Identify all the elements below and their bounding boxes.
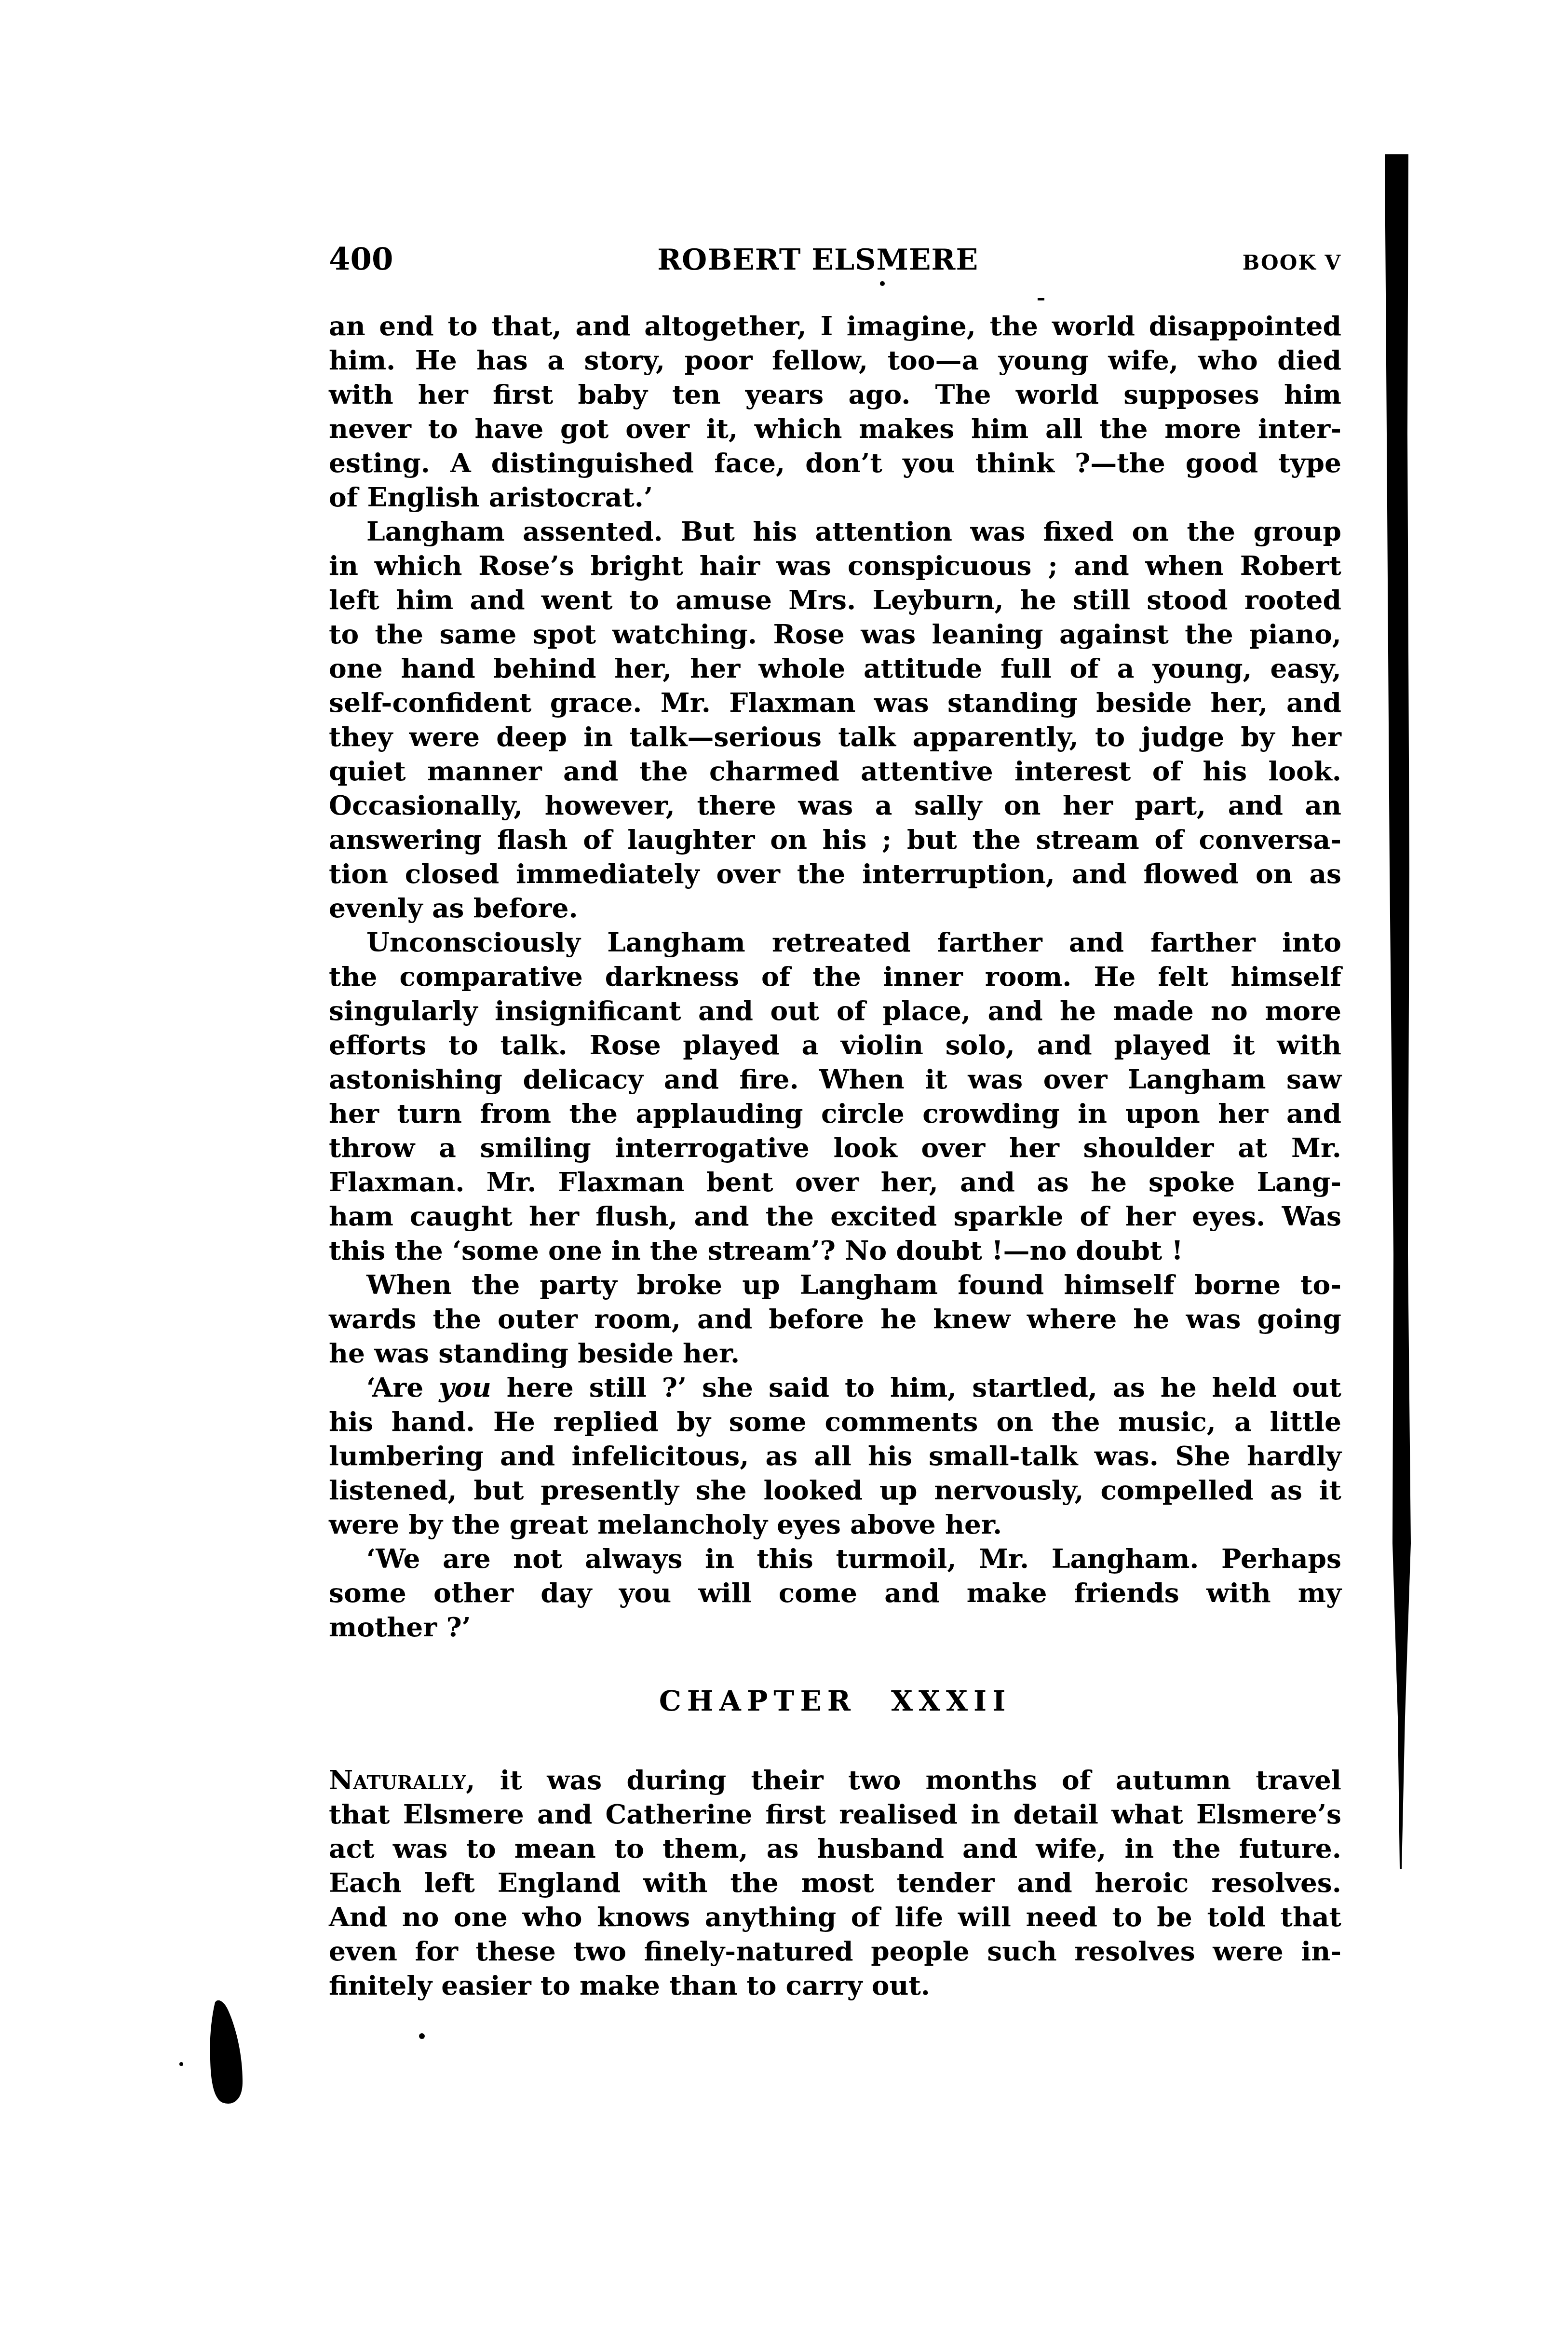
text-line: her turn from the applauding circle crow… — [329, 1096, 1341, 1130]
text-line: even for these two finely-natured people… — [329, 1934, 1341, 1968]
text-line: mother ?’ — [329, 1610, 1341, 1644]
chapter-text: Naturally, it was during their two month… — [329, 1763, 1341, 2002]
page-number: 400 — [329, 241, 393, 277]
text-line: ‘We are not always in this turmoil, Mr. … — [329, 1541, 1341, 1576]
text-line: that Elsmere and Catherine first realise… — [329, 1797, 1341, 1831]
text-line: lumbering and infelicitous, as all his s… — [329, 1439, 1341, 1473]
text-line: of English aristocrat.’ — [329, 480, 1341, 514]
running-title: ROBERT ELSMERE — [657, 243, 978, 277]
text-line: ‘Are you here still ?’ she said to him, … — [329, 1370, 1341, 1404]
paragraph: an end to that, and altogether, I imagin… — [329, 309, 1341, 514]
text-line: with her first baby ten years ago. The w… — [329, 377, 1341, 411]
paragraph: When the party broke up Langham found hi… — [329, 1267, 1341, 1370]
text-line: Each left England with the most tender a… — [329, 1865, 1341, 1900]
text-line: finitely easier to make than to carry ou… — [329, 1968, 1341, 2002]
text-line: And no one who knows anything of life wi… — [329, 1900, 1341, 1934]
text-line: esting. A distinguished face, don’t you … — [329, 446, 1341, 480]
page-edge-shadow-line — [1385, 154, 1411, 1869]
text-line: in which Rose’s bright hair was conspicu… — [329, 548, 1341, 583]
text-line: one hand behind her, her whole attitude … — [329, 651, 1341, 685]
text-line: Occasionally, however, there was a sally… — [329, 788, 1341, 822]
text-line: self-confident grace. Mr. Flaxman was st… — [329, 685, 1341, 720]
text-line: the comparative darkness of the inner ro… — [329, 959, 1341, 993]
text-line: Unconsciously Langham retreated farther … — [329, 925, 1341, 959]
text-line: throw a smiling interrogative look over … — [329, 1130, 1341, 1165]
chapter-heading: CHAPTER XXXII — [329, 1684, 1341, 1718]
text-line: When the party broke up Langham found hi… — [329, 1267, 1341, 1302]
text-line: act was to mean to them, as husband and … — [329, 1831, 1341, 1865]
text-line: wards the outer room, and before he knew… — [329, 1302, 1341, 1336]
text-line: left him and went to amuse Mrs. Leyburn,… — [329, 583, 1341, 617]
text-line: Flaxman. Mr. Flaxman bent over her, and … — [329, 1165, 1341, 1199]
text-line: were by the great melancholy eyes above … — [329, 1507, 1341, 1541]
scan-speck — [1038, 298, 1044, 300]
text-line: singularly insignificant and out of plac… — [329, 993, 1341, 1028]
text-line: he was standing beside her. — [329, 1336, 1341, 1370]
text-line: an end to that, and altogether, I imagin… — [329, 309, 1341, 343]
text-line: evenly as before. — [329, 891, 1341, 925]
text-line: this the ‘some one in the stream’? No do… — [329, 1233, 1341, 1267]
scan-speck — [179, 2062, 183, 2066]
text-line: him. He has a story, poor fellow, too—a … — [329, 343, 1341, 377]
page-header: 400 ROBERT ELSMERE BOOK V — [329, 241, 1341, 277]
ink-smudge — [210, 2000, 243, 2104]
text-line: ham caught her flush, and the excited sp… — [329, 1199, 1341, 1233]
paragraph: Unconsciously Langham retreated farther … — [329, 925, 1341, 1267]
text-line: answering flash of laughter on his ; but… — [329, 822, 1341, 857]
paragraph: Langham assented. But his attention was … — [329, 514, 1341, 925]
text-line: listened, but presently she looked up ne… — [329, 1473, 1341, 1507]
paragraph: ‘We are not always in this turmoil, Mr. … — [329, 1541, 1341, 1644]
book-label: BOOK V — [1243, 251, 1341, 274]
text-line: quiet manner and the charmed attentive i… — [329, 754, 1341, 788]
scan-speck — [880, 281, 885, 286]
book-page: 400 ROBERT ELSMERE BOOK V an end to that… — [0, 0, 1568, 2352]
scan-speck — [419, 2033, 425, 2039]
body-text: an end to that, and altogether, I imagin… — [329, 309, 1341, 1644]
paragraph: Naturally, it was during their two month… — [329, 1763, 1341, 2002]
text-line: tion closed immediately over the interru… — [329, 857, 1341, 891]
text-line: some other day you will come and make fr… — [329, 1576, 1341, 1610]
text-line: efforts to talk. Rose played a violin so… — [329, 1028, 1341, 1062]
text-line: his hand. He replied by some comments on… — [329, 1404, 1341, 1439]
text-line: astonishing delicacy and fire. When it w… — [329, 1062, 1341, 1096]
text-line: Langham assented. But his attention was … — [329, 514, 1341, 548]
paragraph: ‘Are you here still ?’ she said to him, … — [329, 1370, 1341, 1541]
text-line: never to have got over it, which makes h… — [329, 411, 1341, 446]
text-line: to the same spot watching. Rose was lean… — [329, 617, 1341, 651]
text-line: they were deep in talk—serious talk appa… — [329, 720, 1341, 754]
text-line: Naturally, it was during their two month… — [329, 1763, 1341, 1797]
